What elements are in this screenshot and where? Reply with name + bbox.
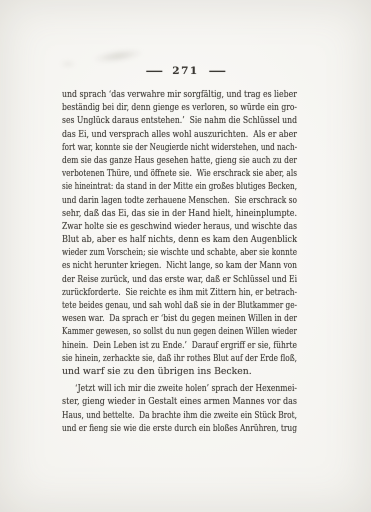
text-line-content: wieder zum Vorschein; sie wischte und sc… [62, 246, 297, 259]
text-line-content: fort war, konnte sie der Neugierde nicht… [62, 141, 297, 154]
text-line-content: und sprach ‘das verwahre mir sorgfältig,… [62, 88, 297, 101]
text-line-content: ‘Jetzt will ich mir die zweite holen’ sp… [75, 382, 297, 395]
text-line: ‘Jetzt will ich mir die zweite holen’ sp… [62, 382, 297, 395]
text-block: und sprach ‘das verwahre mir sorgfältig,… [62, 88, 297, 435]
text-line-content: und warf sie zu den übrigen ins Becken. [62, 365, 252, 378]
page-header: — 271 — [0, 65, 371, 77]
text-line: sehr, daß das Ei, das sie in der Hand hi… [62, 207, 297, 220]
text-line-content: und darin lagen todte zerhauene Menschen… [62, 194, 297, 207]
text-line-content: dem sie das ganze Haus gesehen hatte, gi… [62, 154, 297, 167]
text-line-content: der Reise zurück, und das erste war, daß… [62, 273, 297, 286]
header-dash-left: — [145, 65, 163, 77]
text-line-content: wesen war. Da sprach er ‘bist du gegen m… [62, 312, 297, 325]
text-line: sie hineintrat: da stand in der Mitte ei… [62, 180, 297, 193]
text-line-content: es nicht herunter kriegen. Nicht lange, … [62, 259, 297, 272]
text-line-content: zurückforderte. Sie reichte es ihm mit Z… [62, 286, 297, 299]
text-line: fort war, konnte sie der Neugierde nicht… [62, 141, 297, 154]
text-line-content: und er fieng sie wie die erste durch ein… [62, 422, 297, 435]
text-line: es nicht herunter kriegen. Nicht lange, … [62, 259, 297, 272]
text-line: und darin lagen todte zerhauene Menschen… [62, 194, 297, 207]
text-line-content: tete beides genau, und sah wohl daß sie … [62, 299, 297, 312]
text-line: Blut ab, aber es half nichts, denn es ka… [62, 233, 297, 246]
text-line-content: Kammer gewesen, so sollst du nun gegen d… [62, 325, 297, 338]
text-line: Zwar holte sie es geschwind wieder herau… [62, 220, 297, 233]
text-line: Haus, und bettelte. Da brachte ihm die z… [62, 409, 297, 422]
text-line: und er fieng sie wie die erste durch ein… [62, 422, 297, 435]
text-line-content: ster, gieng wieder in Gestalt eines arme… [62, 395, 297, 408]
text-line: wesen war. Da sprach er ‘bist du gegen m… [62, 312, 297, 325]
text-line: wieder zum Vorschein; sie wischte und sc… [62, 246, 297, 259]
text-line-content: ses Unglück daraus entstehen.’ Sie nahm … [62, 114, 297, 127]
text-line: der Reise zurück, und das erste war, daß… [62, 273, 297, 286]
text-line: ster, gieng wieder in Gestalt eines arme… [62, 395, 297, 408]
text-line: Kammer gewesen, so sollst du nun gegen d… [62, 325, 297, 338]
text-line-content: verbotenen Thüre, und öffnete sie. Wie e… [62, 167, 297, 180]
text-line: ses Unglück daraus entstehen.’ Sie nahm … [62, 114, 297, 127]
text-line: das Ei, und versprach alles wohl auszuri… [62, 128, 297, 141]
text-line: und warf sie zu den übrigen ins Becken. [62, 365, 297, 378]
text-line: verbotenen Thüre, und öffnete sie. Wie e… [62, 167, 297, 180]
text-line: beständig bei dir, denn gienge es verlor… [62, 101, 297, 114]
header-dash-right: — [208, 65, 226, 77]
text-line-content: sehr, daß das Ei, das sie in der Hand hi… [62, 207, 297, 220]
text-line-content: sie hinein, zerhackte sie, daß ihr rothe… [62, 352, 297, 365]
text-line-content: das Ei, und versprach alles wohl auszuri… [62, 128, 297, 141]
text-line-content: hinein. Dein Leben ist zu Ende.’ Darauf … [62, 339, 297, 352]
text-line-content: Zwar holte sie es geschwind wieder herau… [62, 220, 297, 233]
text-line: tete beides genau, und sah wohl daß sie … [62, 299, 297, 312]
text-line: sie hinein, zerhackte sie, daß ihr rothe… [62, 352, 297, 365]
scan-smudge [91, 46, 144, 65]
text-line: und sprach ‘das verwahre mir sorgfältig,… [62, 88, 297, 101]
text-line: dem sie das ganze Haus gesehen hatte, gi… [62, 154, 297, 167]
text-line-content: Blut ab, aber es half nichts, denn es ka… [62, 233, 297, 246]
text-line-content: beständig bei dir, denn gienge es verlor… [62, 101, 297, 114]
text-line-content: sie hineintrat: da stand in der Mitte ei… [62, 180, 297, 193]
text-line-content: Haus, und bettelte. Da brachte ihm die z… [62, 409, 297, 422]
text-line: zurückforderte. Sie reichte es ihm mit Z… [62, 286, 297, 299]
page-number: 271 [172, 65, 198, 77]
text-line: hinein. Dein Leben ist zu Ende.’ Darauf … [62, 339, 297, 352]
book-page-scan: — 271 — und sprach ‘das verwahre mir sor… [0, 0, 371, 512]
